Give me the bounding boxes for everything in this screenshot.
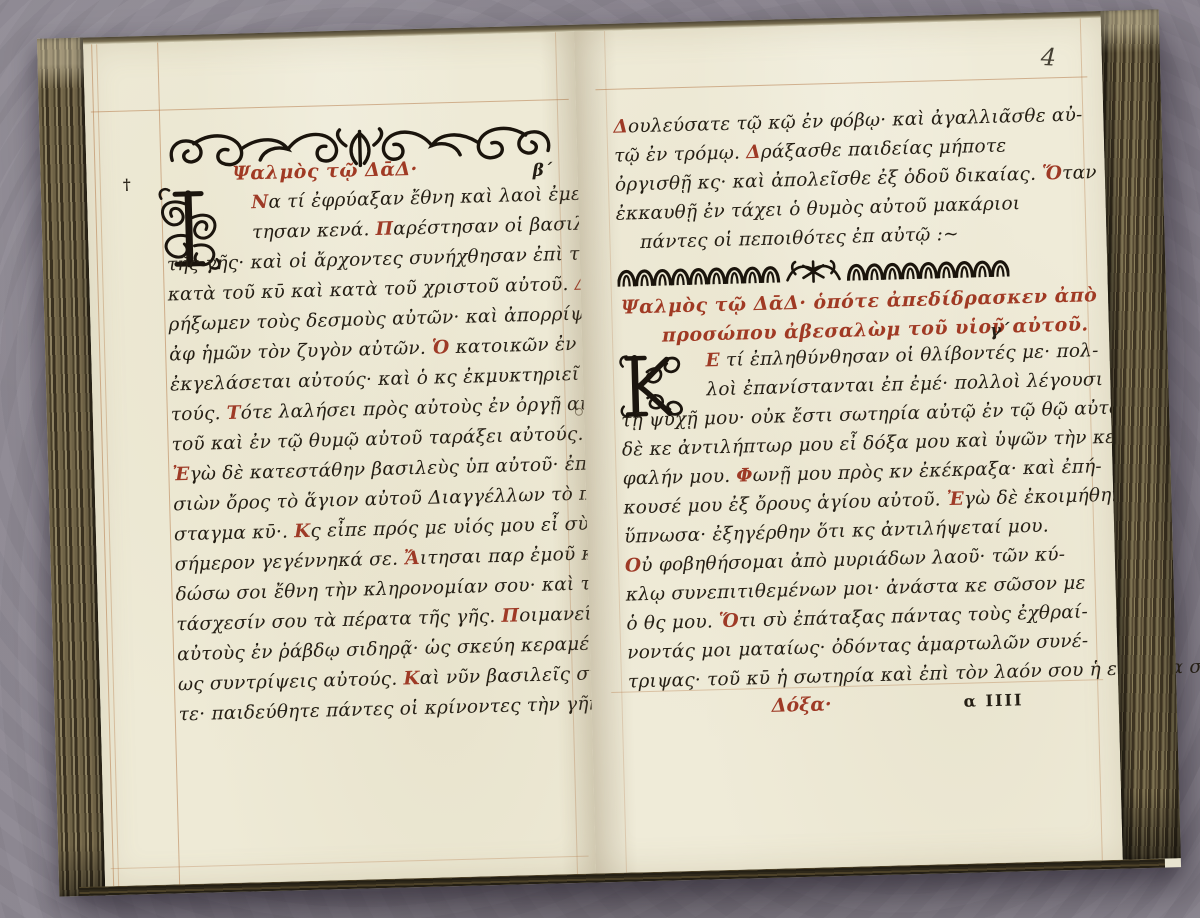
quire-signature: α ΙΙΙΙ xyxy=(963,690,1023,711)
ruled-line-top xyxy=(91,99,569,113)
right-page: 4 Δουλεύσατε τῷ κῷ ἐν φόβῳ· καὶ ἀγαλλιᾶσ… xyxy=(574,18,1123,874)
ruled-line-top xyxy=(595,76,1087,90)
psalm2-heading: Ψαλμὸς τῷ ΔᾱΔ· xyxy=(232,158,418,185)
ruled-line-text-right xyxy=(555,32,578,874)
ruled-line-bottom xyxy=(111,856,589,870)
catchword: Δόξα· xyxy=(771,693,831,717)
handwritten-folio-number: 4 xyxy=(1040,43,1056,72)
knotwork-band-ornament xyxy=(617,252,1010,290)
marginal-mark xyxy=(575,408,583,416)
psalm3-text: Ε τί ἐπληθύνθησαν οἱ θλίβοντές με· πολ-λ… xyxy=(619,338,1028,696)
psalm2-text: Να τί ἐφρύαξαν ἔθνη καὶ λαοὶ ἐμελέ-τησαν… xyxy=(165,180,573,730)
photo-of-open-psalter: † Ψαλμὸς τῷ ΔᾱΔ· β´ Να τί ἐφ xyxy=(0,0,1200,918)
psalm3-heading-line1: Ψαλμὸς τῷ ΔᾱΔ· ὁπότε ἀπεδίδρασκεν ἀπὸ xyxy=(621,284,1098,318)
psalm2-continuation-text: Δουλεύσατε τῷ κῷ ἐν φόβῳ· καὶ ἀγαλλιᾶσθε… xyxy=(613,102,1013,257)
open-book: † Ψαλμὸς τῷ ΔᾱΔ· β´ Να τί ἐφ xyxy=(37,9,1181,896)
left-page: † Ψαλμὸς τῷ ΔᾱΔ· β´ Να τί ἐφ xyxy=(83,32,596,887)
psalm2-number: β´ xyxy=(532,160,552,181)
margin-cross-mark: † xyxy=(123,175,131,193)
